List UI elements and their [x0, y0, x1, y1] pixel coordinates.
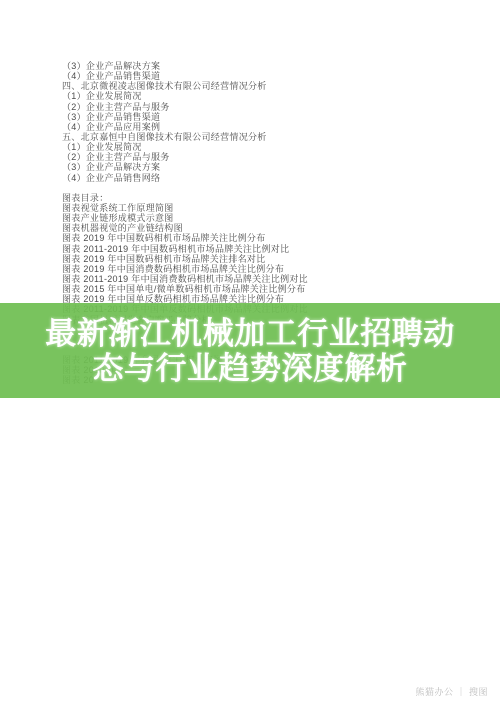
doc-line: （2）企业主营产品与服务 — [62, 102, 480, 112]
doc-line: （1）企业发展简况 — [62, 142, 480, 152]
doc-line: 图表 2019 年中国数码相机市场品牌关注比例分布 — [62, 233, 480, 243]
doc-line: （4）企业产品销售渠道 — [62, 71, 480, 81]
doc-line: 图表 2019 年中国消费数码相机市场品牌关注比例分布 — [62, 264, 480, 274]
banner-title-line-2: 态与行业趋势深度解析 — [93, 351, 408, 386]
doc-line: （2）企业主营产品与服务 — [62, 152, 480, 162]
doc-line: 图表 2019 年中国数码相机市场品牌关注排名对比 — [62, 254, 480, 264]
doc-line: 图表 2011-2019 年中国数码相机市场品牌关注比例对比 — [62, 244, 480, 254]
doc-line: 图表产业链形成模式示意图 — [62, 213, 480, 223]
doc-line: 图表机器视觉的产业链结构图 — [62, 223, 480, 233]
doc-line: 五、北京嘉恒中自图像技术有限公司经营情况分析 — [62, 132, 480, 142]
banner-title-line-1: 最新渐江机械加工行业招聘动 — [45, 316, 455, 351]
doc-line: （3）企业产品销售渠道 — [62, 112, 480, 122]
doc-line: （3）企业产品解决方案 — [62, 61, 480, 71]
watermark: 熊猫办公 ｜ 搜图 — [415, 685, 488, 698]
doc-line: 四、北京微视凌志图像技术有限公司经营情况分析 — [62, 81, 480, 91]
doc-line — [62, 183, 480, 193]
doc-line: （4）企业产品应用案例 — [62, 122, 480, 132]
doc-line: 图表 2011-2019 年中国消费数码相机市场品牌关注比例对比 — [62, 274, 480, 284]
title-banner: 最新渐江机械加工行业招聘动 态与行业趋势深度解析 — [0, 303, 500, 398]
doc-line: 图表目录： — [62, 193, 480, 203]
doc-line: 图表 2015 年中国单电/微单数码相机市场品牌关注比例分布 — [62, 284, 480, 294]
document-page: （3）企业产品解决方案（4）企业产品销售渠道四、北京微视凌志图像技术有限公司经营… — [0, 0, 500, 707]
doc-line: （1）企业发展简况 — [62, 91, 480, 101]
doc-line: 图表视觉系统工作原理简图 — [62, 203, 480, 213]
doc-line: （3）企业产品解决方案 — [62, 162, 480, 172]
doc-line: （4）企业产品销售网络 — [62, 173, 480, 183]
